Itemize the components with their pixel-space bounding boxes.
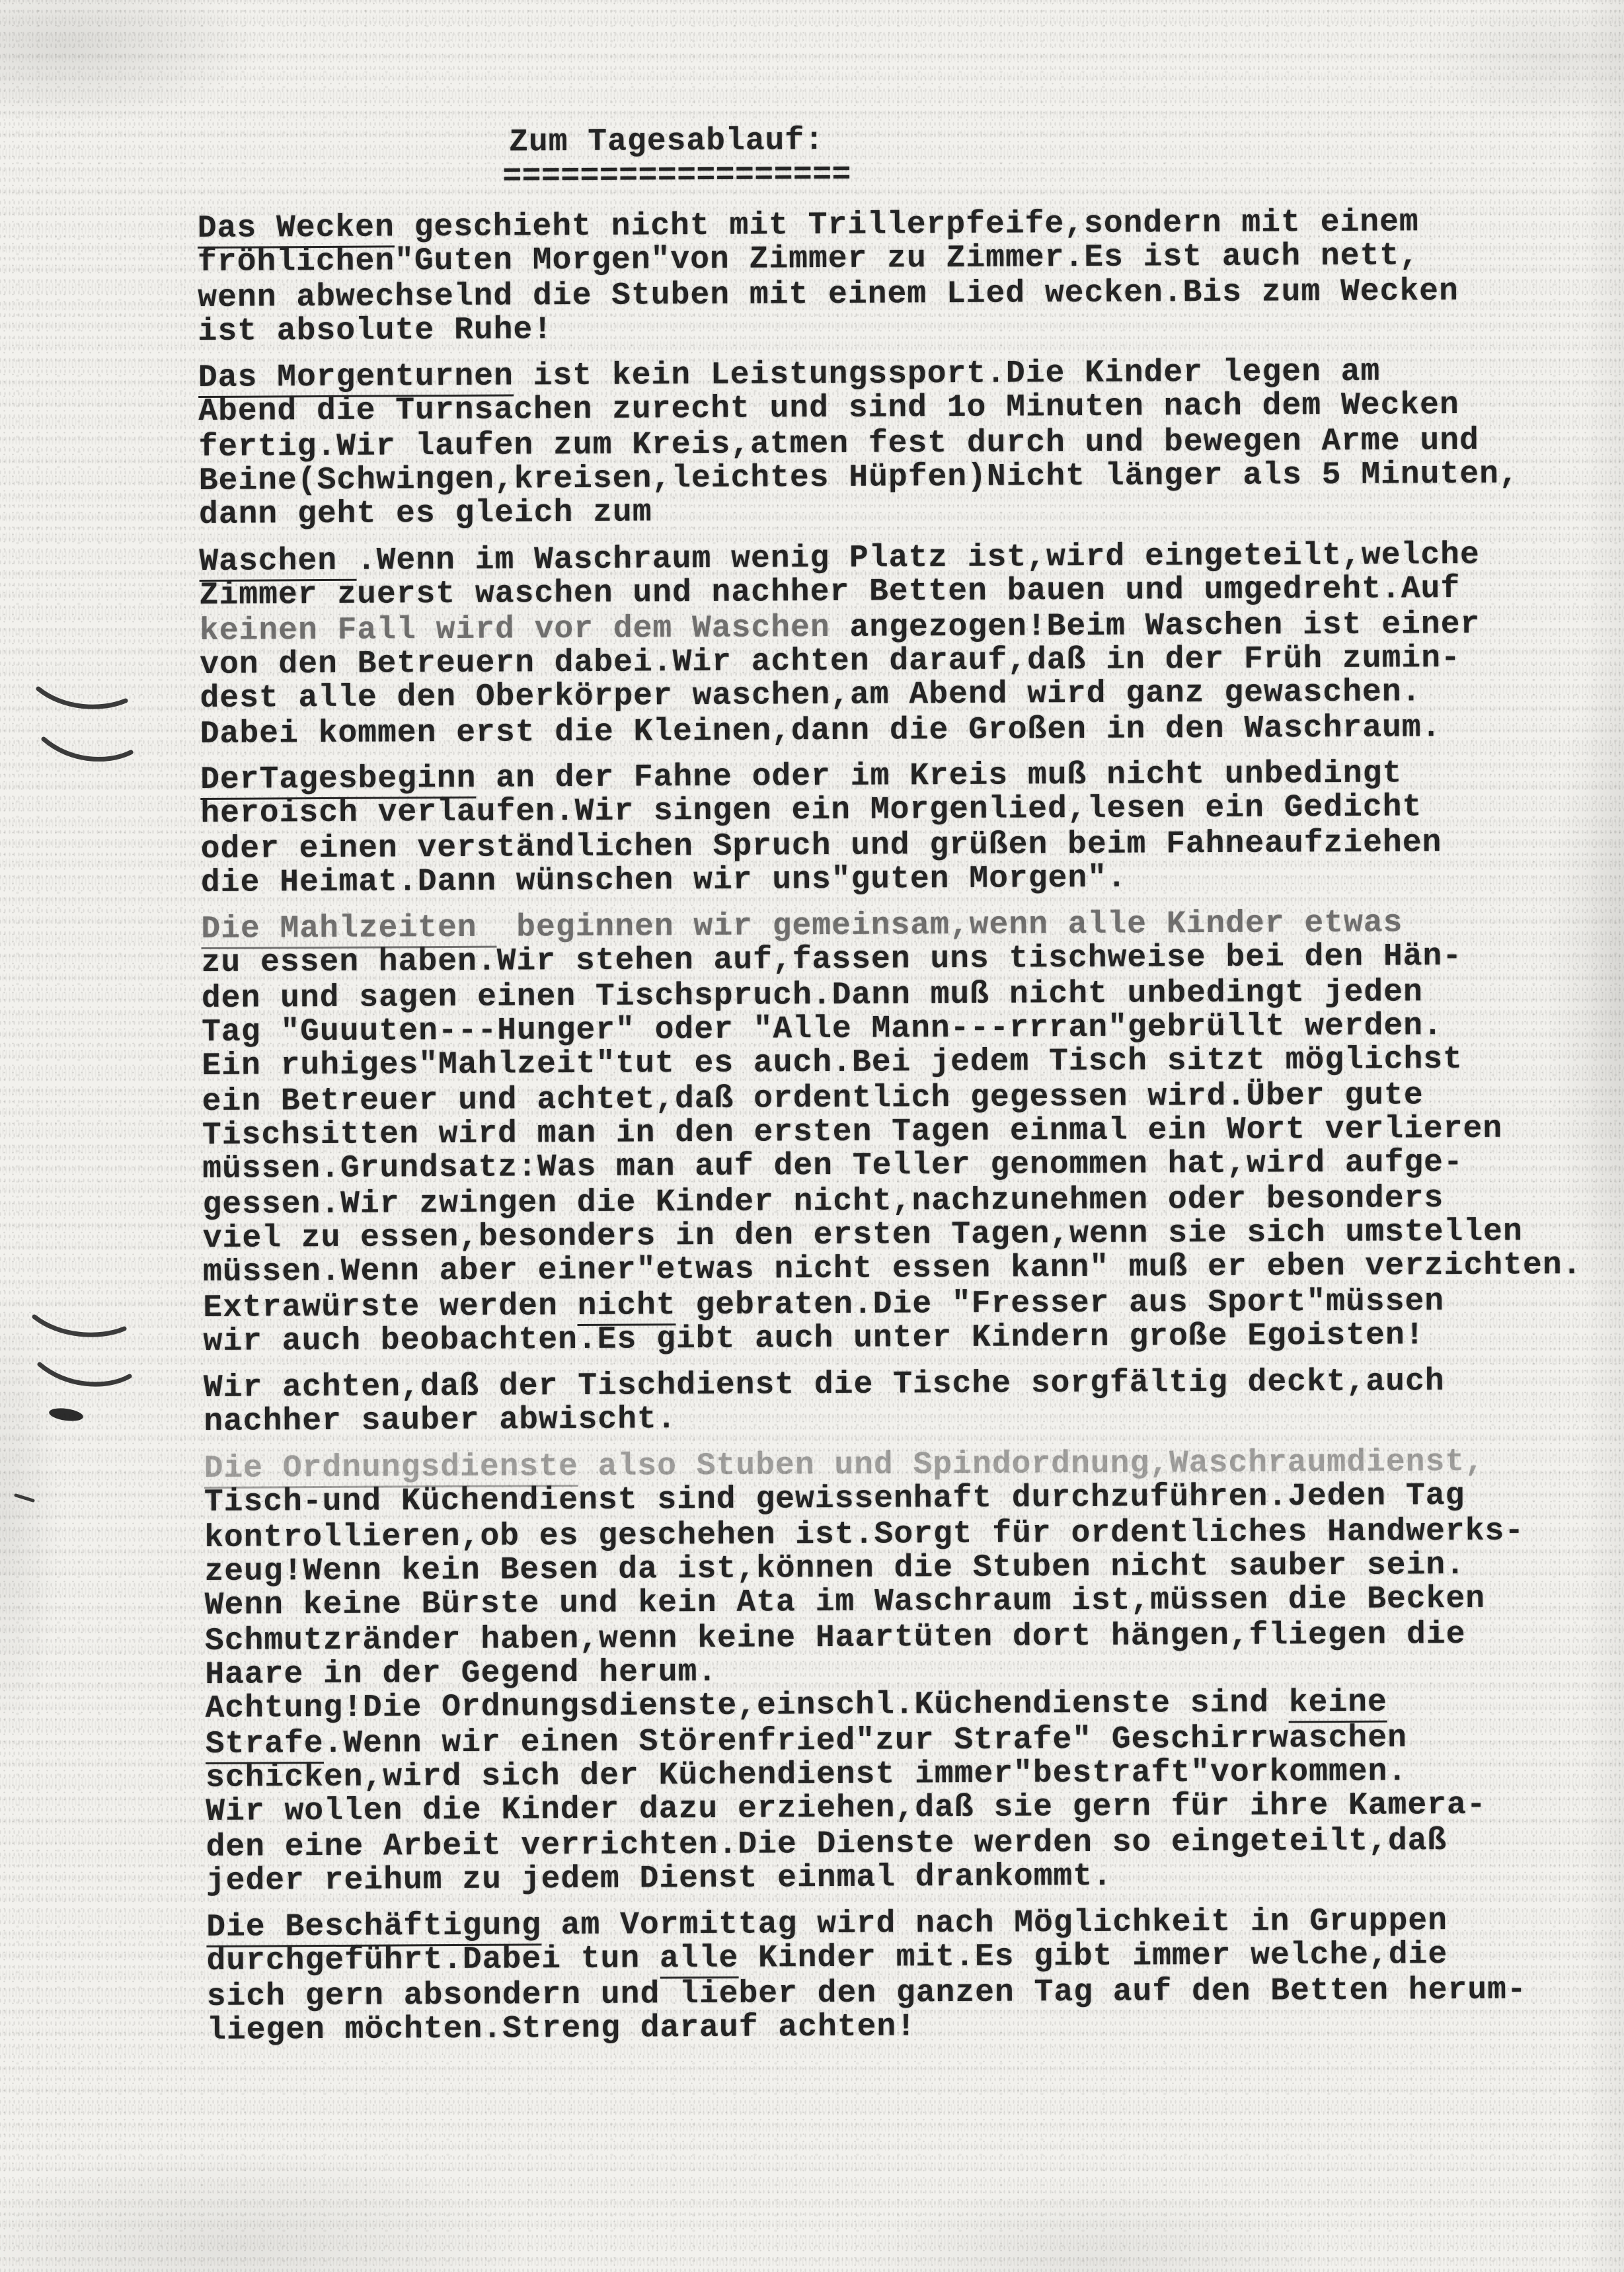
text-segment: heroisch verlaufen.Wir singen ein Morgen…: [200, 789, 1422, 832]
text-line: durchgeführt.Dabei tun alle Kinder mit.E…: [206, 1937, 1607, 1978]
text-line: Wenn keine Bürste und kein Ata im Waschr…: [205, 1581, 1605, 1623]
text-line: zu essen haben.Wir stehen auf,fassen uns…: [201, 939, 1602, 980]
text-segment: liegen möchten.Streng darauf achten!: [207, 2009, 916, 2049]
text-line: nachher sauber abwischt.: [204, 1397, 1604, 1439]
text-segment: Abend die Turnsachen zurecht und sind 1o…: [198, 387, 1459, 430]
paragraph: Die Ordnungsdienste also Stuben und Spin…: [204, 1444, 1607, 1899]
text-line: Abend die Turnsachen zurecht und sind 1o…: [198, 387, 1599, 429]
text-line: die Heimat.Dann wünschen wir uns"guten M…: [201, 859, 1602, 900]
text-line: Wir wollen die Kinder dazu erziehen,daß …: [206, 1787, 1606, 1829]
paragraph: Das Morgenturnen ist kein Leistungssport…: [198, 354, 1600, 533]
underlined-text: Waschen: [199, 543, 357, 582]
text-segment: durchgeführt.Dabei tun: [206, 1941, 660, 1979]
text-segment: angezogen!Beim Waschen ist einer: [849, 607, 1480, 646]
pen-stroke-icon: [16, 1495, 33, 1501]
underlined-text: DerTagesbeginn: [200, 761, 477, 800]
text-line: Dabei kommen erst die Kleinen,dann die G…: [200, 710, 1601, 752]
document-content: Zum Tagesablauf: ================== Das …: [197, 120, 1607, 2060]
text-line: Ein ruhiges"Mahlzeit"tut es auch.Bei jed…: [202, 1042, 1602, 1083]
text-segment: dest alle den Oberkörper waschen,am Aben…: [200, 674, 1421, 717]
text-segment: Ein ruhiges"Mahlzeit"tut es auch.Bei jed…: [202, 1042, 1463, 1084]
pen-stroke-icon: [38, 689, 126, 707]
paragraph: Wir achten,daß der Tischdienst die Tisch…: [204, 1364, 1605, 1440]
text-line: Achtung!Die Ordnungsdienste,einschl.Küch…: [205, 1684, 1605, 1726]
text-segment: Zimmer zuerst waschen und nachher Betten…: [200, 571, 1461, 613]
pen-stroke-group: [16, 689, 131, 1501]
ink-blob-icon: [48, 1406, 84, 1423]
text-segment: Haare in der Gegend herum.: [205, 1655, 717, 1693]
text-line: jeder reihum zu jedem Dienst einmal dran…: [206, 1857, 1607, 1899]
paragraph: Die Beschäftigung am Vormittag wird nach…: [206, 1903, 1607, 2048]
text-segment: Kinder mit.Es gibt immer welche,die: [738, 1937, 1448, 1977]
text-line: dann geht es gleich zum: [199, 490, 1600, 532]
text-segment: Achtung!Die Ordnungsdienste,einschl.Küch…: [205, 1685, 1289, 1727]
text-segment: zu essen haben.Wir stehen auf,fassen uns…: [201, 939, 1462, 981]
text-segment: Wir wollen die Kinder dazu erziehen,daß …: [206, 1787, 1487, 1830]
text-segment: jeder reihum zu jedem Dienst einmal dran…: [206, 1859, 1112, 1899]
scanned-document-page: Zum Tagesablauf: ================== Das …: [0, 0, 1624, 2272]
underlined-text: alle: [660, 1941, 739, 1979]
text-segment: müssen.Grundsatz:Was man auf den Teller …: [202, 1145, 1463, 1187]
text-line: fröhlichen"Guten Morgen"von Zimmer zu Zi…: [198, 238, 1598, 280]
paragraph: Das Wecken geschieht nicht mit Trillerpf…: [198, 204, 1599, 349]
text-segment: fröhlichen"Guten Morgen"von Zimmer zu Zi…: [198, 238, 1419, 280]
pen-stroke-icon: [40, 1364, 130, 1384]
text-segment: Extrawürste werden: [203, 1288, 578, 1326]
text-segment: keinen Fall wird vor dem Waschen: [200, 610, 850, 649]
pen-stroke-icon: [34, 1317, 124, 1335]
text-line: liegen möchten.Streng darauf achten!: [207, 2006, 1607, 2048]
pen-stroke-icon: [44, 739, 131, 760]
text-line: Tisch-und Küchendienst sind gewissenhaft…: [204, 1478, 1605, 1520]
text-line: Zimmer zuerst waschen und nachher Betten…: [200, 571, 1600, 613]
paragraph: DerTagesbeginn an der Fahne oder im Krei…: [200, 756, 1602, 900]
text-segment: Tisch-und Küchendienst sind gewissenhaft…: [204, 1478, 1465, 1520]
text-segment: dann geht es gleich zum: [199, 494, 652, 533]
text-line: ist absolute Ruhe!: [198, 307, 1598, 349]
text-segment: nachher sauber abwischt.: [204, 1401, 677, 1440]
text-segment: die Heimat.Dann wünschen wir uns"guten M…: [201, 861, 1127, 901]
paragraph: Waschen .Wenn im Waschraum wenig Platz i…: [199, 537, 1601, 751]
document-title: Zum Tagesablauf:: [509, 120, 1598, 160]
text-line: müssen.Grundsatz:Was man auf den Teller …: [202, 1145, 1603, 1187]
text-line: wir auch beobachten.Es gibt auch unter K…: [203, 1317, 1604, 1359]
document-body: Das Wecken geschieht nicht mit Trillerpf…: [198, 204, 1608, 2048]
text-segment: ist absolute Ruhe!: [198, 312, 553, 350]
text-segment: Dabei kommen erst die Kleinen,dann die G…: [200, 710, 1442, 752]
underlined-text: nicht: [578, 1288, 676, 1326]
text-line: heroisch verlaufen.Wir singen ein Morgen…: [200, 789, 1601, 831]
title-underline: ==================: [502, 154, 1598, 194]
text-line: müssen.Wenn aber einer"etwas nicht essen…: [203, 1248, 1604, 1290]
text-line: dest alle den Oberkörper waschen,am Aben…: [200, 674, 1600, 716]
underlined-text: Das Wecken: [198, 210, 395, 249]
underlined-text: keine: [1289, 1685, 1387, 1723]
paragraph: Die Mahlzeiten beginnen wir gemeinsam,we…: [201, 905, 1604, 1359]
text-segment: wir auch beobachten.Es gibt auch unter K…: [203, 1317, 1424, 1360]
underlined-text: Strafe: [206, 1726, 324, 1764]
